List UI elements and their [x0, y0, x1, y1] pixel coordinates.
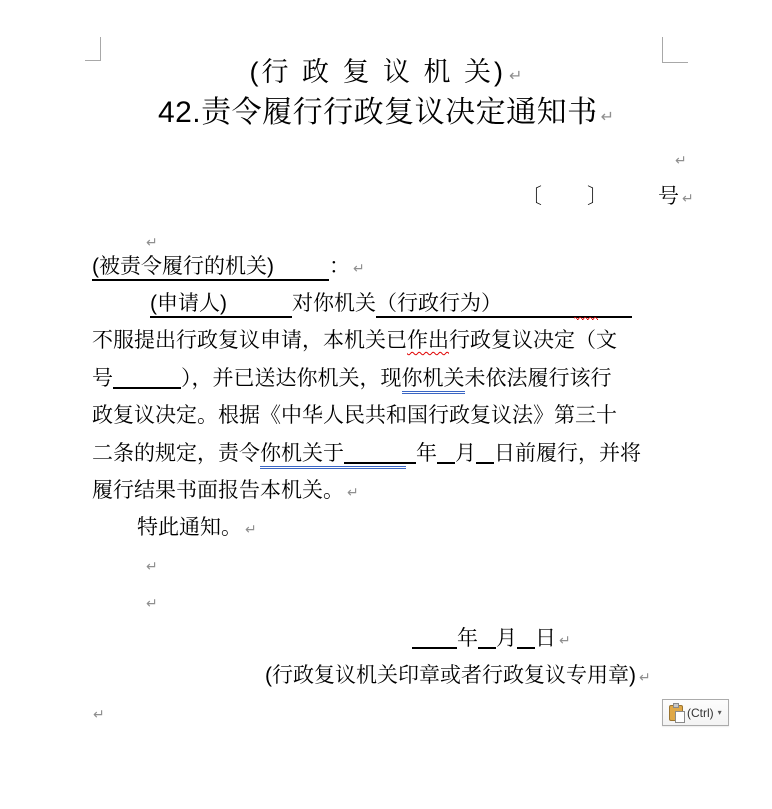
deadline-blank — [344, 441, 406, 464]
clipboard-paste-icon — [669, 705, 683, 721]
seal-note: (行政复议机关印章或者行政复议专用章) — [265, 664, 636, 687]
body-text: 号 — [92, 367, 113, 390]
month-blank — [437, 441, 455, 464]
day-blank — [476, 441, 494, 464]
body-text: 二条的规定，责令 — [92, 442, 260, 465]
body-text: 履行结果书面报告本机关。 — [92, 479, 344, 502]
body-text: 不服提出行政复议申请，本机关已 — [92, 329, 407, 352]
date-day-label: 日 — [535, 627, 556, 650]
issuing-authority-title: (行 政 复 议 机 关) — [250, 57, 507, 87]
action-label: （行政行为） — [376, 292, 502, 315]
empty-paragraph: ↵ — [143, 546, 158, 585]
action-blank — [502, 293, 632, 314]
doc-number-open-bracket: 〔 — [521, 185, 542, 208]
body-text-format-marked: 你机关 — [402, 367, 465, 394]
document-subtitle-line: (行 政 复 议 机 关)↵ — [0, 52, 772, 97]
paragraph-mark: ↵ — [93, 706, 105, 722]
doc-number-line: 〔〕号↵ — [521, 178, 694, 217]
empty-paragraph: ↵ — [672, 140, 687, 179]
word-document-page: (行 政 复 议 机 关)↵ 42.责令履行行政复议决定通知书↵ ↵ 〔〕号↵ … — [0, 0, 772, 809]
seal-line: (行政复议机关印章或者行政复议专用章)↵ — [265, 657, 651, 696]
applicant-label: (申请人) — [150, 292, 227, 315]
body-line-5: 二条的规定，责令你机关于年月日前履行，并将 — [92, 435, 641, 472]
body-text: 年 — [416, 442, 437, 465]
date-line: 年月日↵ — [412, 620, 571, 659]
body-line-2: 不服提出行政复议申请，本机关已作出行政复议决定（文 — [92, 322, 617, 359]
body-line-6: 履行结果书面报告本机关。↵ — [92, 472, 359, 511]
addressee-blank — [274, 256, 329, 277]
paragraph-mark: ↵ — [347, 484, 359, 500]
body-line-3: 号），并已送达你机关，现你机关未依法履行该行 — [92, 360, 612, 397]
deadline-blank — [406, 441, 416, 464]
date-month-label: 月 — [496, 627, 517, 650]
body-text: 政复议决定。根据《中华人民共和国行政复议法》第三十 — [92, 404, 617, 427]
paragraph-mark: ↵ — [146, 595, 158, 611]
paragraph-mark: ↵ — [509, 68, 522, 85]
doc-number-close-bracket: 〕 — [587, 185, 608, 208]
paragraph-mark: ↵ — [353, 260, 365, 276]
salutation-line: (被责令履行的机关)：↵ — [92, 248, 365, 287]
paragraph-mark: ↵ — [682, 190, 694, 206]
salutation-colon: ： — [329, 255, 350, 278]
paragraph-mark: ↵ — [245, 521, 257, 537]
doc-number-suffix: 号 — [658, 185, 679, 208]
year-blank — [412, 626, 457, 649]
doc-number-fill-blank — [113, 366, 181, 389]
spellcheck-squiggle — [574, 317, 598, 320]
paragraph-mark: ↵ — [639, 669, 651, 685]
paragraph-mark: ↵ — [146, 558, 158, 574]
paragraph-mark: ↵ — [601, 109, 614, 126]
body-text: ），并已送达你机关，现 — [181, 367, 402, 390]
notice-line: 特此通知。↵ — [137, 509, 257, 548]
empty-paragraph: ↵ — [90, 694, 105, 733]
paragraph-mark: ↵ — [559, 632, 571, 648]
paste-options-label: (Ctrl) — [687, 707, 714, 719]
chevron-down-icon: ▾ — [718, 709, 722, 717]
body-text: 日前履行，并将 — [494, 442, 641, 465]
empty-paragraph: ↵ — [143, 583, 158, 622]
body-text: 对你机关 — [292, 292, 376, 315]
document-title: 42.责令履行行政复议决定通知书 — [158, 96, 598, 129]
applicant-underlined: (申请人) — [150, 292, 292, 318]
day-blank — [517, 626, 535, 649]
document-title-line: 42.责令履行行政复议决定通知书↵ — [0, 92, 772, 139]
body-text: 未依法履行该行 — [465, 367, 612, 390]
applicant-blank — [227, 293, 292, 314]
body-text-spellchecked: 作出 — [407, 329, 449, 352]
body-text: 月 — [455, 442, 476, 465]
body-line-4: 政复议决定。根据《中华人民共和国行政复议法》第三十 — [92, 397, 617, 434]
paste-options-button[interactable]: (Ctrl) ▾ — [662, 699, 729, 726]
body-line-1: (申请人)对你机关（行政行为） — [92, 285, 632, 322]
date-year-label: 年 — [457, 627, 478, 650]
action-underlined: （行政行为） — [376, 292, 632, 318]
addressee-label: (被责令履行的机关) — [92, 255, 274, 278]
addressee-underlined: (被责令履行的机关) — [92, 255, 329, 281]
body-text: 行政复议决定（文 — [449, 329, 617, 352]
month-blank — [478, 626, 496, 649]
body-text-format-marked: 你机关于 — [260, 442, 406, 469]
paragraph-mark: ↵ — [675, 152, 687, 168]
notice-text: 特此通知。 — [137, 516, 242, 539]
body-text: 你机关于 — [260, 442, 344, 465]
